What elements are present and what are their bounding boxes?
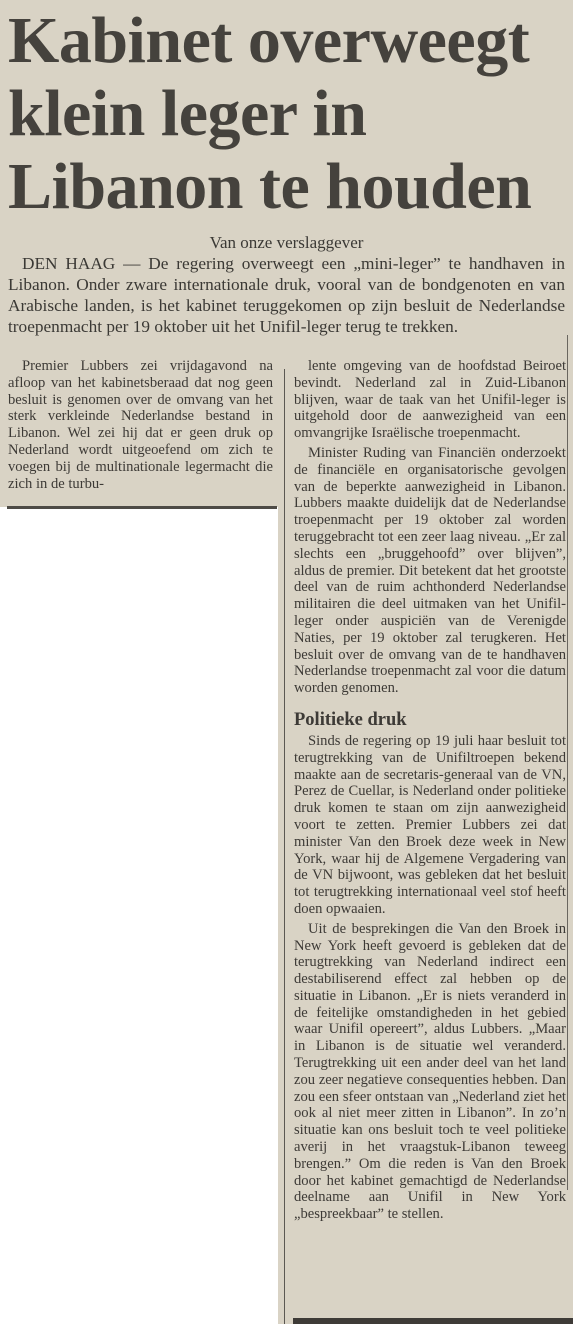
- column-end-rule: [7, 506, 277, 509]
- body-paragraph: Minister Ruding van Financiën onderzoekt…: [294, 445, 566, 697]
- headline: Kabinet overweegt klein leger in Libanon…: [8, 4, 573, 223]
- column-divider-right: [567, 335, 568, 1190]
- body-paragraph: lente omgeving van de hoofdstad Beiroet …: [294, 358, 566, 442]
- headline-line-1: Kabinet overweegt: [8, 4, 573, 77]
- column-divider: [284, 369, 285, 1324]
- body-paragraph: Sinds de regering op 19 juli haar beslui…: [294, 733, 566, 918]
- subheading: Politieke druk: [294, 709, 566, 731]
- left-column: Premier Lubbers zei vrijdagavond na aflo…: [8, 358, 273, 492]
- headline-line-3: Libanon te houden: [8, 150, 573, 223]
- lead-paragraph: DEN HAAG — De regering overweegt een „mi…: [8, 253, 565, 337]
- body-paragraph: Uit de besprekingen die Van den Broek in…: [294, 921, 566, 1223]
- headline-line-2: klein leger in: [8, 77, 573, 150]
- article-end-rule: [293, 1318, 573, 1324]
- right-column: lente omgeving van de hoofdstad Beiroet …: [294, 358, 566, 1223]
- byline: Van onze verslaggever: [0, 233, 573, 253]
- body-paragraph: Premier Lubbers zei vrijdagavond na aflo…: [8, 358, 273, 492]
